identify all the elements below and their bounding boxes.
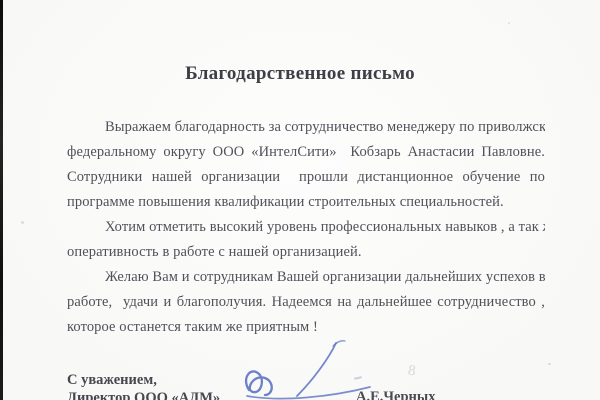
body-line: федеральному округу ООО «ИнтелСити» Кобз… (67, 140, 545, 165)
body-line: Хотим отметить высокий уровень профессио… (67, 215, 545, 240)
body-line: оперативность в работе с нашей организац… (67, 240, 545, 265)
letter-body: Выражаем благодарность за сотрудничество… (67, 115, 545, 340)
body-line: Желаю Вам и сотрудникам Вашей организаци… (67, 265, 545, 290)
scan-edge-shadow (0, 0, 3, 400)
closing-block: С уважением, Директор ООО «АДМ» (67, 372, 220, 400)
stray-pen-mark: 8 (407, 363, 417, 381)
paper-speck (21, 221, 24, 224)
body-line: Сотрудники нашей организации прошли дист… (67, 165, 545, 190)
paper-speck (548, 363, 551, 365)
closing-position: Директор ООО «АДМ» (67, 390, 220, 400)
scanned-letter-page: Благодарственное письмо Выражаем благода… (0, 0, 600, 400)
paper-speck (508, 22, 510, 24)
body-line: работе, удачи и благополучия. Надеемся н… (67, 290, 545, 315)
signatory-name: А.Е.Черных (356, 389, 435, 400)
closing-regards: С уважением, (67, 372, 220, 390)
body-line: программе повышения квалификации строите… (67, 190, 545, 215)
body-line: Выражаем благодарность за сотрудничество… (67, 115, 545, 140)
body-line: которое останется таким же приятным ! (67, 315, 545, 340)
letter-title: Благодарственное письмо (0, 63, 600, 85)
